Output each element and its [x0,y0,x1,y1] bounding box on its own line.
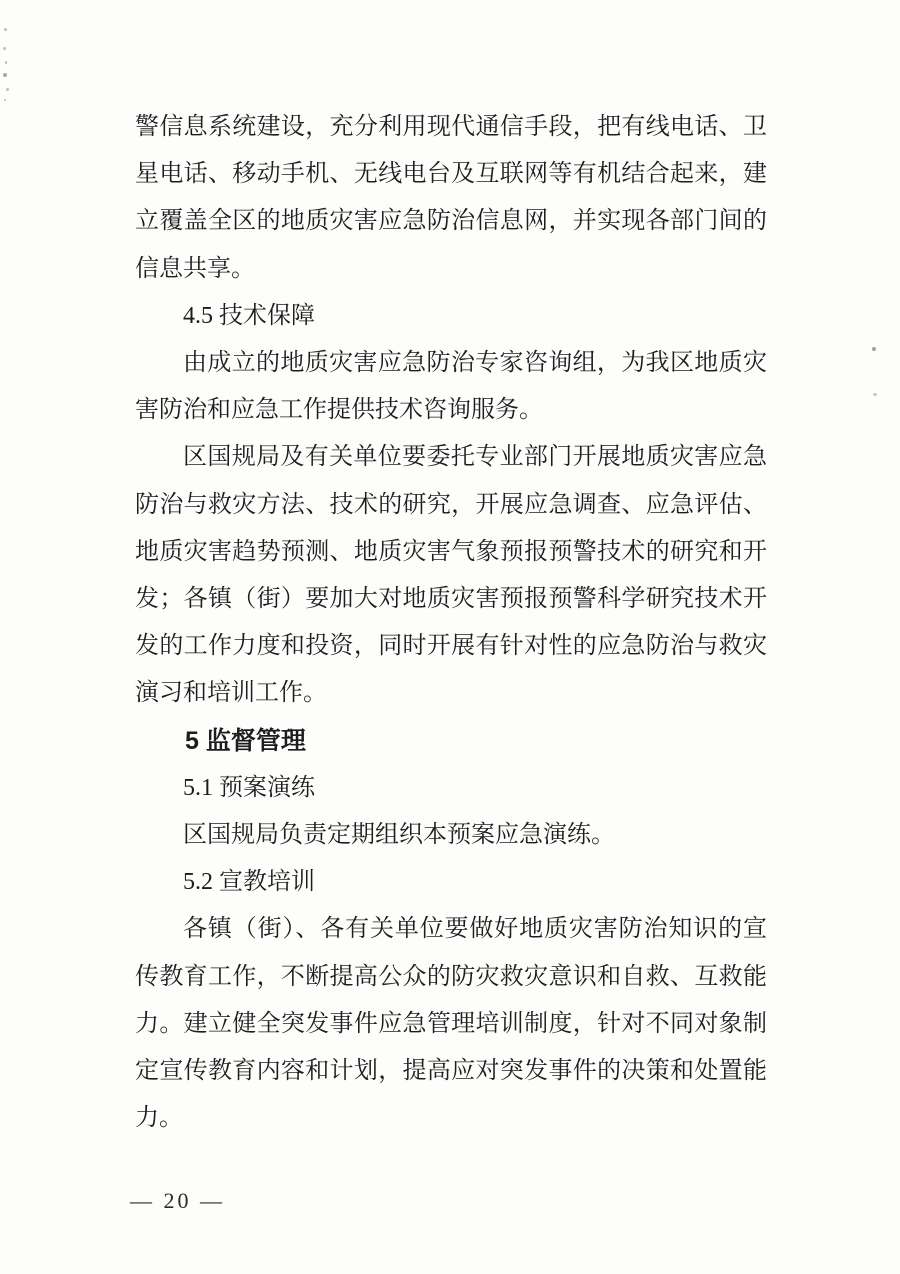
scan-speck [4,28,7,31]
document-body: 警信息系统建设，充分利用现代通信手段，把有线电话、卫星电话、移动手机、无线电台及… [135,104,767,1142]
chapter-heading-5-supervision-management: 5 监督管理 [135,718,767,765]
scan-speck [3,73,7,77]
scan-speck [3,47,6,50]
paragraph-expert-advisory-group: 由成立的地质灾害应急防治专家咨询组，为我区地质灾害防治和应急工作提供技术咨询服务… [135,340,767,434]
section-heading-5-1-plan-drill: 5.1 预案演练 [135,765,767,812]
scan-speck [873,393,877,396]
page-number: — 20 — [130,1188,225,1214]
paragraph-drill-organization: 区国规局负责定期组织本预案应急演练。 [135,812,767,859]
scanned-document-page: 警信息系统建设，充分利用现代通信手段，把有线电话、卫星电话、移动手机、无线电台及… [0,0,900,1274]
scan-speck [5,61,7,64]
paragraph-warning-info-system: 警信息系统建设，充分利用现代通信手段，把有线电话、卫星电话、移动手机、无线电台及… [135,104,767,293]
scan-speck [4,99,6,101]
scan-speck [872,347,876,351]
paragraph-research-and-development: 区国规局及有关单位要委托专业部门开展地质灾害应急防治与救灾方法、技术的研究，开展… [135,434,767,717]
paragraph-publicity-education: 各镇（街）、各有关单位要做好地质灾害防治知识的宣传教育工作，不断提高公众的防灾救… [135,906,767,1142]
section-heading-4-5-technical-support: 4.5 技术保障 [135,293,767,340]
scan-speck [6,88,9,91]
section-heading-5-2-publicity-training: 5.2 宣教培训 [135,859,767,906]
